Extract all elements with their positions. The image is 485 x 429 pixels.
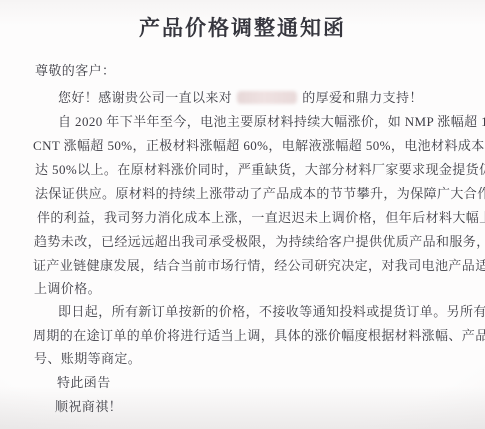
redaction-blur: [237, 91, 297, 104]
body-line: 法保证供应。原材料的持续上涨带动了产品成本的节节攀升，为保障广大合作伙: [35, 183, 485, 202]
body-line: CNT 涨幅超 50%，正极材料涨幅超 60%，电解液涨幅超 50%，电池材料成…: [33, 135, 485, 154]
body-line: 即日起，所有新订单按新的价格，不接收等通知投料或提货订单。另所有长: [58, 301, 485, 320]
notice-letter: 产品价格调整通知函 尊敬的客户： 您好！感谢贵公司一直以来对的厚爱和鼎力支持！ …: [0, 0, 485, 429]
body-line: 趋势未改，已经远远超出我司承受极限，为持续给客户提供优质产品和服务，保: [34, 231, 485, 250]
greeting-line: 您好！感谢贵公司一直以来对的厚爱和鼎力支持！: [58, 87, 423, 106]
body-line: 周期的在途订单的单价将进行适当上调，具体的涨价幅度根据材料涨幅、产品型: [33, 325, 485, 344]
body-line: 达 50%以上。在原材料涨价同时，严重缺货，大部分材料厂家要求现金提货仍无: [35, 159, 485, 178]
body-line: 号、账期等商定。: [34, 348, 141, 367]
body-line: 上调价格。: [34, 278, 101, 297]
salutation: 尊敬的客户：: [35, 60, 115, 79]
closing-phrase: 特此函告: [57, 372, 111, 391]
body-line: 证产业链健康发展，结合当前市场行情，经公司研究决定，对我司电池产品适当: [33, 255, 485, 274]
greeting-after: 的厚爱和鼎力支持！: [302, 90, 423, 105]
body-line: 自 2020 年下半年至今，电池主要原材料持续大幅涨价，如 NMP 涨幅超 10…: [58, 111, 485, 130]
body-line: 伴的利益，我司努力消化成本上涨，一直迟迟未上调价格，但年后材料大幅上涨: [37, 207, 485, 226]
greeting-before: 您好！感谢贵公司一直以来对: [58, 90, 232, 105]
well-wishes: 顺祝商祺！: [55, 396, 122, 415]
document-title: 产品价格调整通知函: [0, 12, 485, 42]
